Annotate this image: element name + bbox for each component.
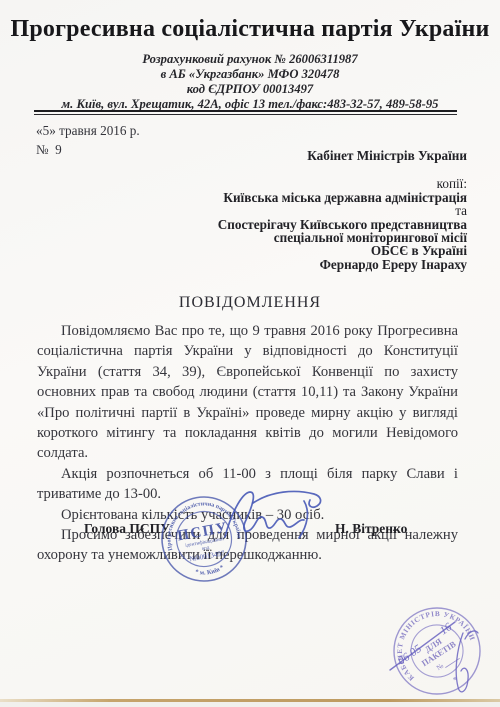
org-title: Прогресивна соціалістична партія України (0, 16, 500, 43)
recipient-line: Спостерігачу Київського представництва (218, 218, 467, 231)
svg-text:КАБІНЕТ МІНІСТРІВ УКРАЇНИ: КАБІНЕТ МІНІСТРІВ УКРАЇНИ (380, 594, 478, 683)
copies-label: копії: (218, 177, 467, 190)
recipient-block: Кабінет Міністрів України копії: Київськ… (218, 149, 467, 271)
recipient-conjunction: та (218, 204, 467, 217)
chairman-signature (205, 483, 335, 545)
recipient-primary: Кабінет Міністрів України (218, 149, 467, 162)
handwritten-year: 16 (438, 621, 455, 638)
header-rule (34, 110, 457, 115)
recipient-line: Київська міська державна адміністрація (218, 191, 467, 204)
signer-name: Н. Вітренко (335, 521, 407, 537)
bank-line-edrpou: код ЄДРПОУ 00013497 (0, 82, 500, 97)
bank-line-bank: в АБ «Укргазбанк» МФО 320478 (0, 67, 500, 82)
scanned-letter: Прогресивна соціалістична партія України… (0, 0, 500, 707)
cabinet-stamp: КАБІНЕТ МІНІСТРІВ УКРАЇНИ * ДЛЯ ПАКЕТІВ … (345, 575, 495, 705)
date-block: «5» травня 2016 р. № 9 (36, 121, 140, 159)
cabinet-inner-line3: № (435, 662, 445, 673)
bank-details: Розрахунковий рахунок № 26006311987 в АБ… (0, 52, 500, 112)
recipient-line: спеціальної моніторингової місії (218, 231, 467, 244)
paragraph-intro: Повідомляємо Вас про те, що 9 травня 201… (37, 321, 458, 464)
bank-line-account: Розрахунковий рахунок № 26006311987 (0, 52, 500, 67)
signature-stroke-bar (253, 491, 321, 507)
signature-stroke-loops (225, 492, 304, 537)
document-title: ПОВІДОМЛЕННЯ (0, 294, 500, 312)
scan-edge-shadow (0, 702, 500, 707)
letter-date: «5» травня 2016 р. (36, 121, 140, 140)
recipient-line: ОБСЄ в Україні (218, 244, 467, 257)
recipient-line: Фернардо Ереру Інараху (218, 258, 467, 271)
letter-number: № 9 (36, 140, 140, 159)
cabinet-ring-text: КАБІНЕТ МІНІСТРІВ УКРАЇНИ (380, 594, 478, 683)
